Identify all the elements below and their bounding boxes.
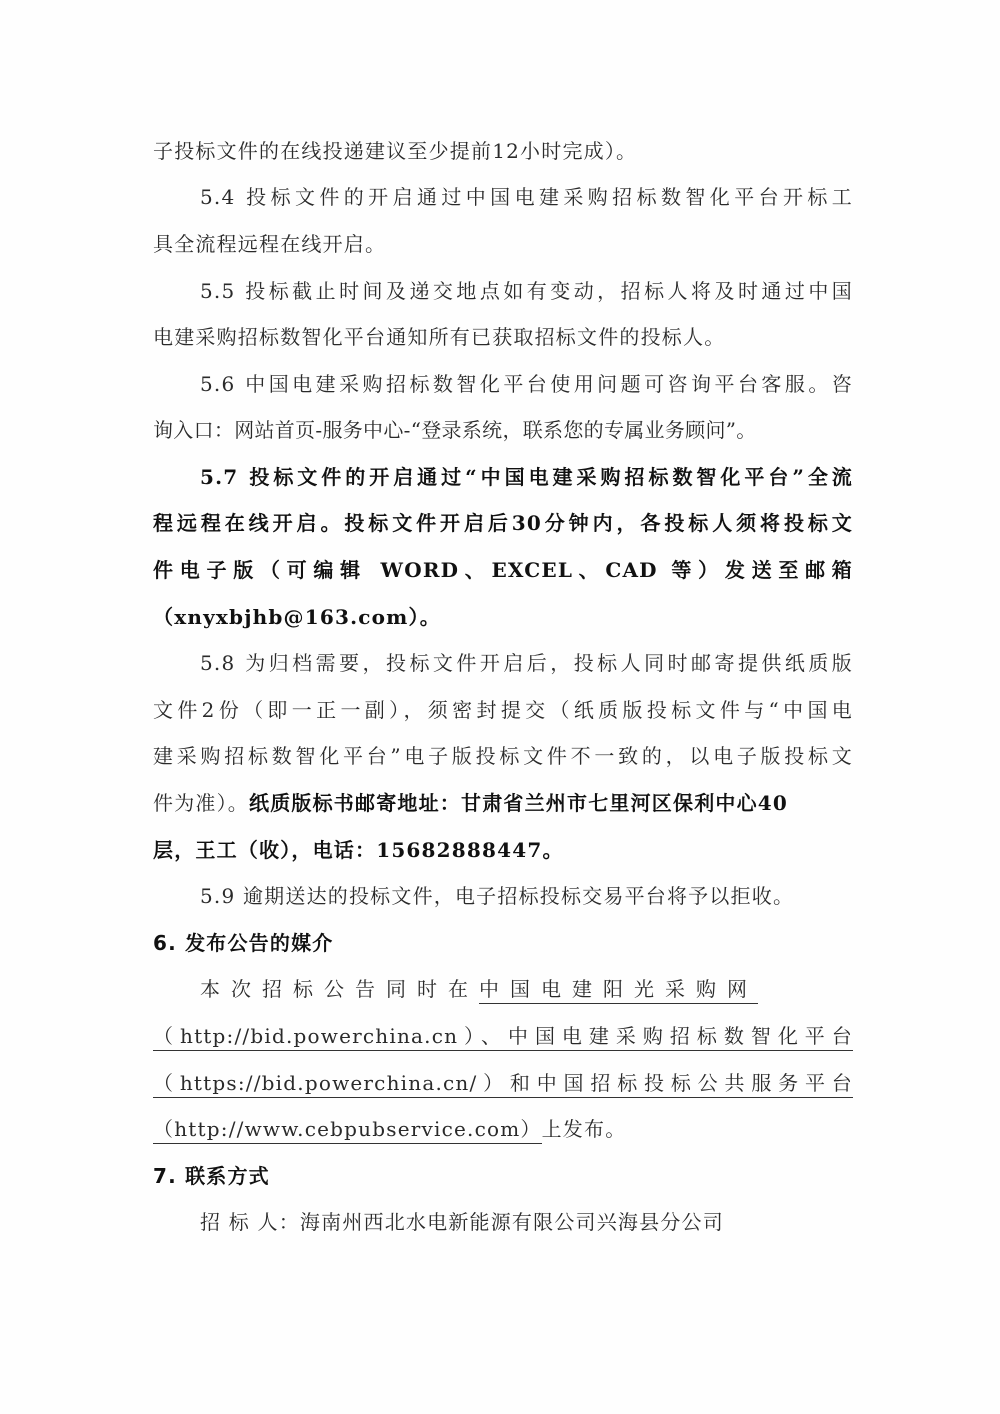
paragraph-5-4-line1: 5.4 投标文件的开启通过中国电建采购招标数智化平台开标工 (200, 183, 853, 211)
paragraph-5-6-line2: 询入口：网站首页-服务中心-“登录系统，联系您的专属业务顾问”。 (153, 416, 853, 444)
paragraph-5-9: 5.9 逾期送达的投标文件，电子招标投标交易平台将予以拒收。 (200, 882, 853, 910)
section-6-prefix: 本次招标公告同时在 (200, 977, 479, 1001)
paragraph-5-8-line4-normal: 件为准）。 (153, 791, 249, 815)
link-powerchina-sunshine[interactable]: 中国电建阳光采购网 (479, 977, 758, 1004)
section-6-line4: （http://www.cebpubservice.com）上发布。 (153, 1115, 853, 1143)
section-6-heading: 6. 发布公告的媒介 (153, 929, 853, 957)
paragraph-5-8-line1: 5.8 为归档需要，投标文件开启后，投标人同时邮寄提供纸质版 (200, 649, 853, 677)
section-6-line2: （http://bid.powerchina.cn）、中国电建采购招标数智化平台 (153, 1022, 853, 1050)
tenderer-line: 招 标 人：海南州西北水电新能源有限公司兴海县分公司 (200, 1208, 853, 1236)
paragraph-5-7-line3: 件电子版（可编辑 WORD、EXCEL、CAD 等）发送至邮箱 (153, 556, 853, 584)
section-6-line1: 本次招标公告同时在中国电建阳光采购网 (200, 975, 853, 1003)
paragraph-5-5-line2: 电建采购招标数智化平台通知所有已获取招标文件的投标人。 (153, 323, 853, 351)
paragraph-5-7-line4: （xnyxbjhb@163.com）。 (153, 603, 853, 631)
paragraph-5-7-line2: 程远程在线开启。投标文件开启后30分钟内，各投标人须将投标文 (153, 509, 853, 537)
paragraph-5-8-line3: 建采购招标数智化平台”电子版投标文件不一致的，以电子版投标文 (153, 742, 853, 770)
paragraph-5-3-tail: 子投标文件的在线投递建议至少提前12小时完成）。 (153, 137, 853, 165)
tenderer-label: 招 标 人： (200, 1210, 300, 1234)
mailing-address: 纸质版标书邮寄地址：甘肃省兰州市七里河区保利中心40 (249, 791, 788, 815)
link-bid-powerchina-http[interactable]: （http://bid.powerchina.cn）、中国电建采购招标数智化平台 (153, 1024, 853, 1051)
link-bid-powerchina-https[interactable]: （https://bid.powerchina.cn/）和中国招标投标公共服务平… (153, 1071, 853, 1098)
link-cebpubservice[interactable]: （http://www.cebpubservice.com） (153, 1117, 542, 1144)
paragraph-5-4-line2: 具全流程远程在线开启。 (153, 230, 853, 258)
paragraph-5-8-line2: 文件2份（即一正一副），须密封提交（纸质版投标文件与“中国电 (153, 696, 853, 724)
paragraph-5-6-line1: 5.6 中国电建采购招标数智化平台使用问题可咨询平台客服。咨 (200, 370, 853, 398)
paragraph-5-8-line4: 件为准）。纸质版标书邮寄地址：甘肃省兰州市七里河区保利中心40 (153, 789, 853, 817)
section-7-heading: 7. 联系方式 (153, 1162, 853, 1190)
paragraph-5-5-line1: 5.5 投标截止时间及递交地点如有变动，招标人将及时通过中国 (200, 277, 853, 305)
tenderer-value: 海南州西北水电新能源有限公司兴海县分公司 (300, 1210, 724, 1234)
section-6-suffix: 上发布。 (542, 1117, 627, 1141)
document-page: 子投标文件的在线投递建议至少提前12小时完成）。 5.4 投标文件的开启通过中国… (0, 0, 1000, 1414)
section-6-line3: （https://bid.powerchina.cn/）和中国招标投标公共服务平… (153, 1069, 853, 1097)
mailing-contact-phone: 层，王工（收），电话：15682888447。 (153, 836, 853, 864)
paragraph-5-7-line1: 5.7 投标文件的开启通过“中国电建采购招标数智化平台”全流 (200, 463, 853, 491)
